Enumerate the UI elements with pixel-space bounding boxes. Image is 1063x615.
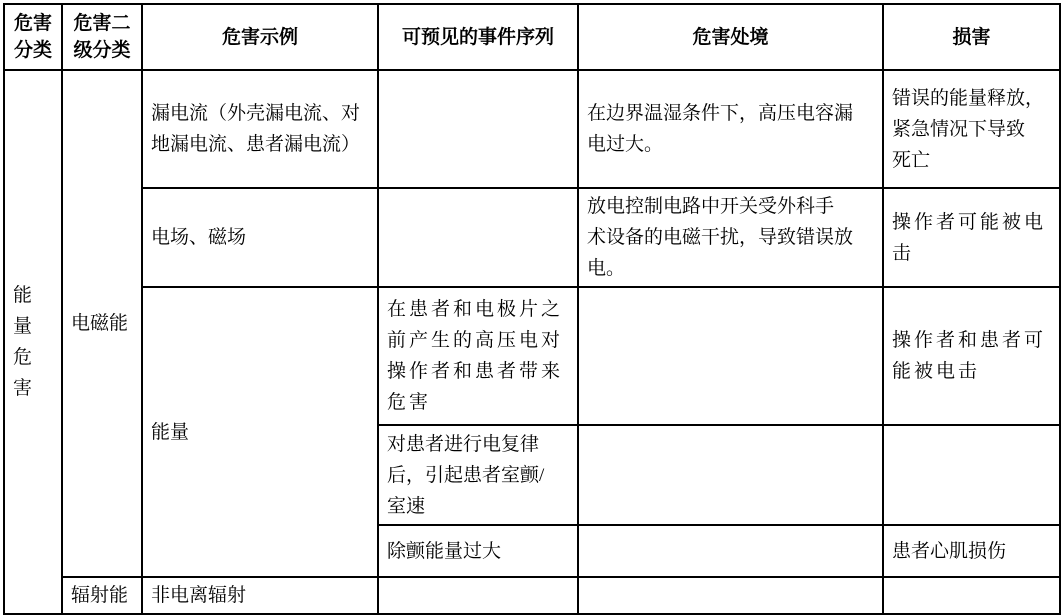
cell-event-sequence [378, 577, 578, 614]
table-header-row: 危害 分类 危害二 级分类 危害示例 可预见的事件序列 危害处境 损害 [4, 4, 1060, 70]
cell-hazard-example: 非电离辐射 [142, 577, 378, 614]
cell-hazard-situation [578, 425, 883, 525]
cell-harm: 患者心肌损伤 [883, 525, 1060, 577]
table-row: 能量 危害 电磁能 漏电流（外壳漏电流、对 地漏电流、患者漏电流） 在边界温湿条… [4, 70, 1060, 188]
cell-hazard-situation [578, 577, 883, 614]
header-cell-hazard-class: 危害 分类 [4, 4, 62, 70]
cell-hazard-example: 能量 [142, 287, 378, 577]
cell-harm: 操作者和患者可 能被电击 [883, 287, 1060, 425]
cell-event-sequence: 对患者进行电复律 后，引起患者室颤/ 室速 [378, 425, 578, 525]
cell-event-sequence [378, 70, 578, 188]
table-row: 能量 在患者和电极片之 前产生的高压电对 操作者和患者带来 危害 操作者和患者可… [4, 287, 1060, 425]
cell-event-sequence: 在患者和电极片之 前产生的高压电对 操作者和患者带来 危害 [378, 287, 578, 425]
cell-event-sequence [378, 188, 578, 287]
table-row: 辐射能 非电离辐射 [4, 577, 1060, 614]
cell-hazard-situation [578, 525, 883, 577]
header-cell-hazard-example: 危害示例 [142, 4, 378, 70]
cell-hazard-example: 漏电流（外壳漏电流、对 地漏电流、患者漏电流） [142, 70, 378, 188]
cell-subcategory-radiation: 辐射能 [62, 577, 142, 614]
cell-subcategory-electromagnetic: 电磁能 [62, 70, 142, 577]
cell-harm: 错误的能量释放， 紧急情况下导致 死亡 [883, 70, 1060, 188]
risk-analysis-table: 危害 分类 危害二 级分类 危害示例 可预见的事件序列 危害处境 损害 能量 危… [3, 3, 1061, 615]
cell-hazard-example: 电场、磁场 [142, 188, 378, 287]
cell-hazard-category: 能量 危害 [4, 70, 62, 614]
header-cell-harm: 损害 [883, 4, 1060, 70]
header-cell-event-sequence: 可预见的事件序列 [378, 4, 578, 70]
cell-hazard-situation: 放电控制电路中开关受外科手 术设备的电磁干扰，导致错误放 电。 [578, 188, 883, 287]
document-page: 危害 分类 危害二 级分类 危害示例 可预见的事件序列 危害处境 损害 能量 危… [0, 0, 1063, 615]
cell-event-sequence: 除颤能量过大 [378, 525, 578, 577]
cell-harm: 操作者可能被电 击 [883, 188, 1060, 287]
header-cell-hazard-subclass: 危害二 级分类 [62, 4, 142, 70]
table-row: 电场、磁场 放电控制电路中开关受外科手 术设备的电磁干扰，导致错误放 电。 操作… [4, 188, 1060, 287]
header-cell-hazard-situation: 危害处境 [578, 4, 883, 70]
cell-harm [883, 425, 1060, 525]
cell-hazard-situation [578, 287, 883, 425]
cell-hazard-situation: 在边界温湿条件下，高压电容漏 电过大。 [578, 70, 883, 188]
cell-harm [883, 577, 1060, 614]
